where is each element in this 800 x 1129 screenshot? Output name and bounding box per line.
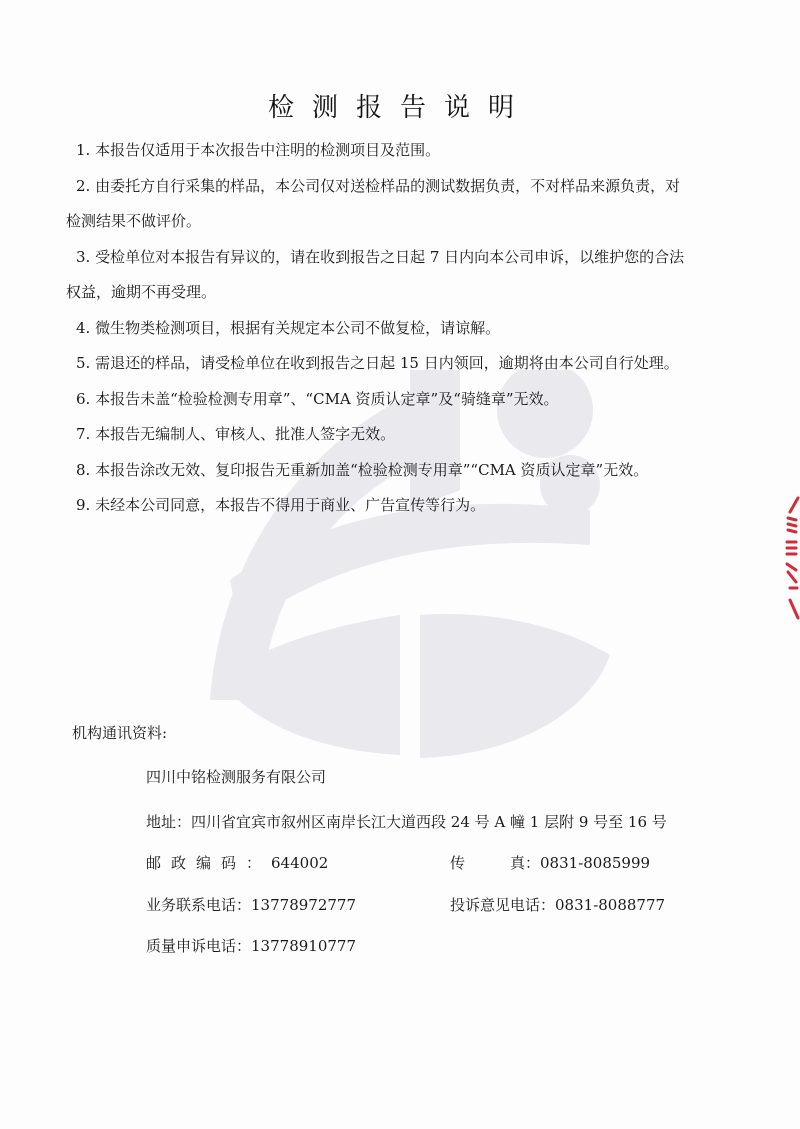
postcode-row: 邮政编码：644002 [146,852,328,873]
clause-3-continued: 权益，逾期不再受理。 [66,275,736,311]
business-phone-label: 业务联系电话： [146,896,251,914]
page-title: 检测报告说明 [0,87,800,124]
complaint-phone-value: 0831-8088777 [555,896,665,914]
business-phone-row: 业务联系电话：13778972777 [146,894,356,915]
postcode-value: 644002 [271,854,328,872]
clause-6: 6. 本报告未盖“检验检测专用章”、“CMA 资质认定章”及“骑缝章”无效。 [76,382,736,418]
company-address: 地址：四川省宜宾市叙州区南岸长江大道西段 24 号 A 幢 1 层附 9 号至 … [146,811,667,832]
company-name: 四川中铭检测服务有限公司 [146,766,326,787]
fax-row: 传 真：0831-8085999 [450,852,650,873]
complaint-phone-row: 投诉意见电话：0831-8088777 [450,894,665,915]
complaint-phone-label: 投诉意见电话： [450,896,555,914]
quality-phone-label: 质量申诉电话： [146,937,251,955]
clause-2: 2. 由委托方自行采集的样品，本公司仅对送检样品的测试数据负责，不对样品来源负责… [76,169,736,205]
quality-phone-row: 质量申诉电话：13778910777 [146,935,356,956]
clause-9: 9. 未经本公司同意，本报告不得用于商业、广告宣传等行为。 [76,488,736,524]
clause-4: 4. 微生物类检测项目，根据有关规定本公司不做复检，请谅解。 [76,311,736,347]
contact-section-label: 机构通讯资料: [72,722,167,743]
red-seam-seal-icon [770,490,800,630]
clause-5: 5. 需退还的样品，请受检单位在收到报告之日起 15 日内领回，逾期将由本公司自… [76,346,736,382]
clause-8: 8. 本报告涂改无效、复印报告无重新加盖“检验检测专用章”“CMA 资质认定章”… [76,453,736,489]
clause-2-continued: 检测结果不做评价。 [66,204,736,240]
postcode-label: 邮政编码： [146,854,271,872]
fax-label: 传 真： [450,854,540,872]
clause-1: 1. 本报告仅适用于本次报告中注明的检测项目及范围。 [76,133,736,169]
clause-list: 1. 本报告仅适用于本次报告中注明的检测项目及范围。 2. 由委托方自行采集的样… [76,133,736,524]
document-page: 检测报告说明 1. 本报告仅适用于本次报告中注明的检测项目及范围。 2. 由委托… [0,0,800,1129]
clause-3: 3. 受检单位对本报告有异议的，请在收到报告之日起 7 日内向本公司申诉，以维护… [76,240,736,276]
fax-value: 0831-8085999 [540,854,650,872]
quality-phone-value: 13778910777 [251,937,356,955]
business-phone-value: 13778972777 [251,896,356,914]
clause-7: 7. 本报告无编制人、审核人、批准人签字无效。 [76,417,736,453]
